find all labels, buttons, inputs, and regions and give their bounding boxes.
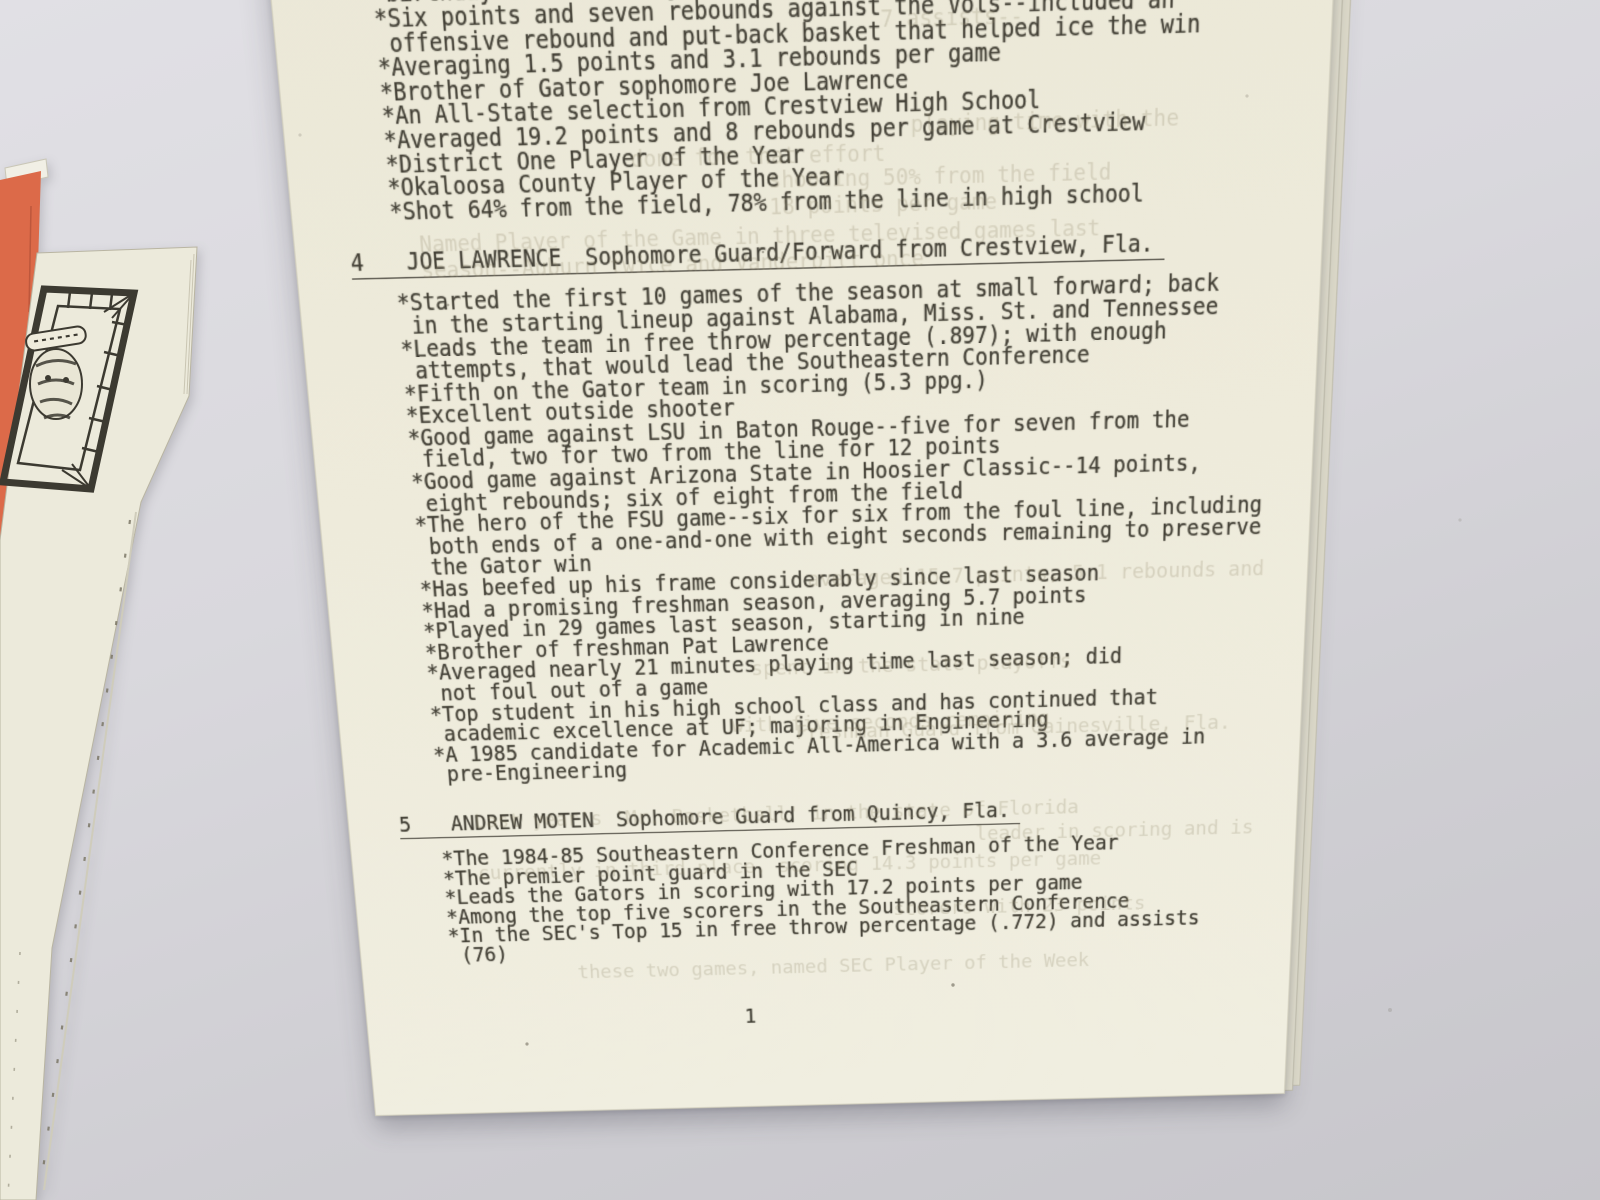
photo-scene: ANDREW MOTEN 7 assists-- playing time wi… [0,0,1600,1200]
section-pat-lawrence: 3PAT LAWRENCEFreshman Guard/Forward from… [257,0,1341,226]
player-position: Sophomore Guard/Forward from Crestview, … [585,231,1154,272]
page-front: ANDREW MOTEN 7 assists-- playing time wi… [244,0,1347,1116]
player-position: Sophomore Guard from Quincy, Fla. [615,799,1010,832]
section-joe-lawrence: 4JOE LAWRENCESophomore Guard/Forward fro… [296,229,1323,788]
section-header: 4JOE LAWRENCESophomore Guard/Forward fro… [350,233,1165,280]
mascot-illustration [25,325,87,419]
document-page: ANDREW MOTEN 7 assists-- playing time wi… [244,0,1347,1116]
player-name: ANDREW MOTEN [450,809,595,836]
section-number: 4 [350,250,365,278]
player-name: JOE LAWRENCE [406,245,563,276]
section-andrew-moten: 5ANDREW MOTENSophomore Guard from Quincy… [348,794,1297,968]
section-header: 5ANDREW MOTENSophomore Guard from Quincy… [398,801,1020,840]
section-number: 5 [398,813,412,837]
side-paper-stack [0,0,240,1200]
bullet-lines: *Started the first 10 games of the seaso… [299,270,1320,788]
bullet-lines: *Has played in 14 Gator games this seaso… [261,0,1339,226]
page-number: 1 [744,1005,756,1027]
bullet-lines: *The 1984-85 Southeastern Conference Fre… [351,829,1295,968]
